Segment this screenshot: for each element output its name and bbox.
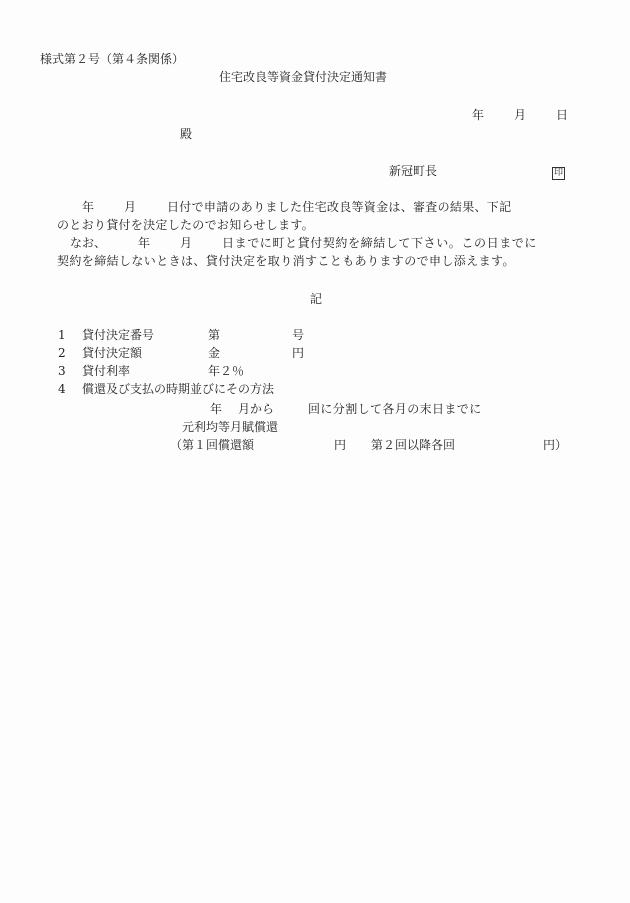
para2-year: 年 bbox=[138, 236, 150, 250]
para1-line2: のとおり貸付を決定したのでお知らせします。 bbox=[57, 218, 314, 232]
item-label: 貸付利率 bbox=[82, 364, 130, 378]
item-label: 償還及び支払の時期並びにその方法 bbox=[82, 382, 274, 396]
list-item: 1 貸付決定番号 第 号 bbox=[0, 328, 630, 342]
item-prefix: 金 bbox=[208, 346, 220, 360]
subsequent-repayment-yen: 円） bbox=[543, 438, 567, 452]
item-suffix: 円 bbox=[292, 346, 304, 360]
para1-text: 日付で申請のありました住宅改良等資金は、審査の結果、下記 bbox=[167, 200, 511, 214]
item-suffix: 号 bbox=[292, 328, 304, 342]
date-day-label: 日 bbox=[556, 108, 568, 122]
repayment-method: 元利均等月賦償還 bbox=[182, 420, 278, 434]
date-year-label: 年 bbox=[472, 108, 484, 122]
para1-month: 月 bbox=[124, 200, 136, 214]
para2-line2: 契約を締結しないときは、貸付決定を取り消すこともありますので申し添えます。 bbox=[57, 254, 515, 268]
record-heading: 記 bbox=[310, 292, 322, 306]
item-prefix: 第 bbox=[208, 328, 220, 342]
para2-text: 日までに町と貸付契約を締結して下さい。この日までに bbox=[222, 236, 537, 250]
repayment-year: 年 bbox=[210, 402, 222, 416]
document-title: 住宅改良等資金貸付決定通知書 bbox=[219, 70, 387, 84]
item-prefix: 年２％ bbox=[208, 364, 244, 378]
item-number: 1 bbox=[58, 328, 66, 342]
list-item: 3 貸付利率 年２％ bbox=[0, 364, 630, 378]
addressee-honorific: 殿 bbox=[180, 127, 192, 141]
repayment-month-from: 月から bbox=[238, 402, 274, 416]
seal-stamp-icon: 印 bbox=[552, 167, 565, 180]
list-item: 4 償還及び支払の時期並びにその方法 bbox=[0, 382, 630, 396]
repayment-installments-text: 回に分割して各月の末日までに bbox=[308, 402, 482, 416]
item-label: 貸付決定額 bbox=[82, 346, 142, 360]
first-repayment-label: （第１回償還額 bbox=[170, 438, 254, 452]
item-number: 4 bbox=[58, 382, 66, 396]
form-number: 様式第２号（第４条関係） bbox=[40, 52, 184, 66]
item-label: 貸付決定番号 bbox=[82, 328, 154, 342]
para2-prefix: なお、 bbox=[70, 236, 106, 250]
para1-year: 年 bbox=[82, 200, 94, 214]
item-number: 2 bbox=[58, 346, 66, 360]
subsequent-repayment-label: 第２回以降各回 bbox=[371, 438, 455, 452]
first-repayment-yen: 円 bbox=[334, 438, 346, 452]
issuer-name: 新冠町長 bbox=[389, 164, 437, 178]
date-month-label: 月 bbox=[514, 108, 526, 122]
item-number: 3 bbox=[58, 364, 66, 378]
list-item: 2 貸付決定額 金 円 bbox=[0, 346, 630, 360]
para2-month: 月 bbox=[180, 236, 192, 250]
